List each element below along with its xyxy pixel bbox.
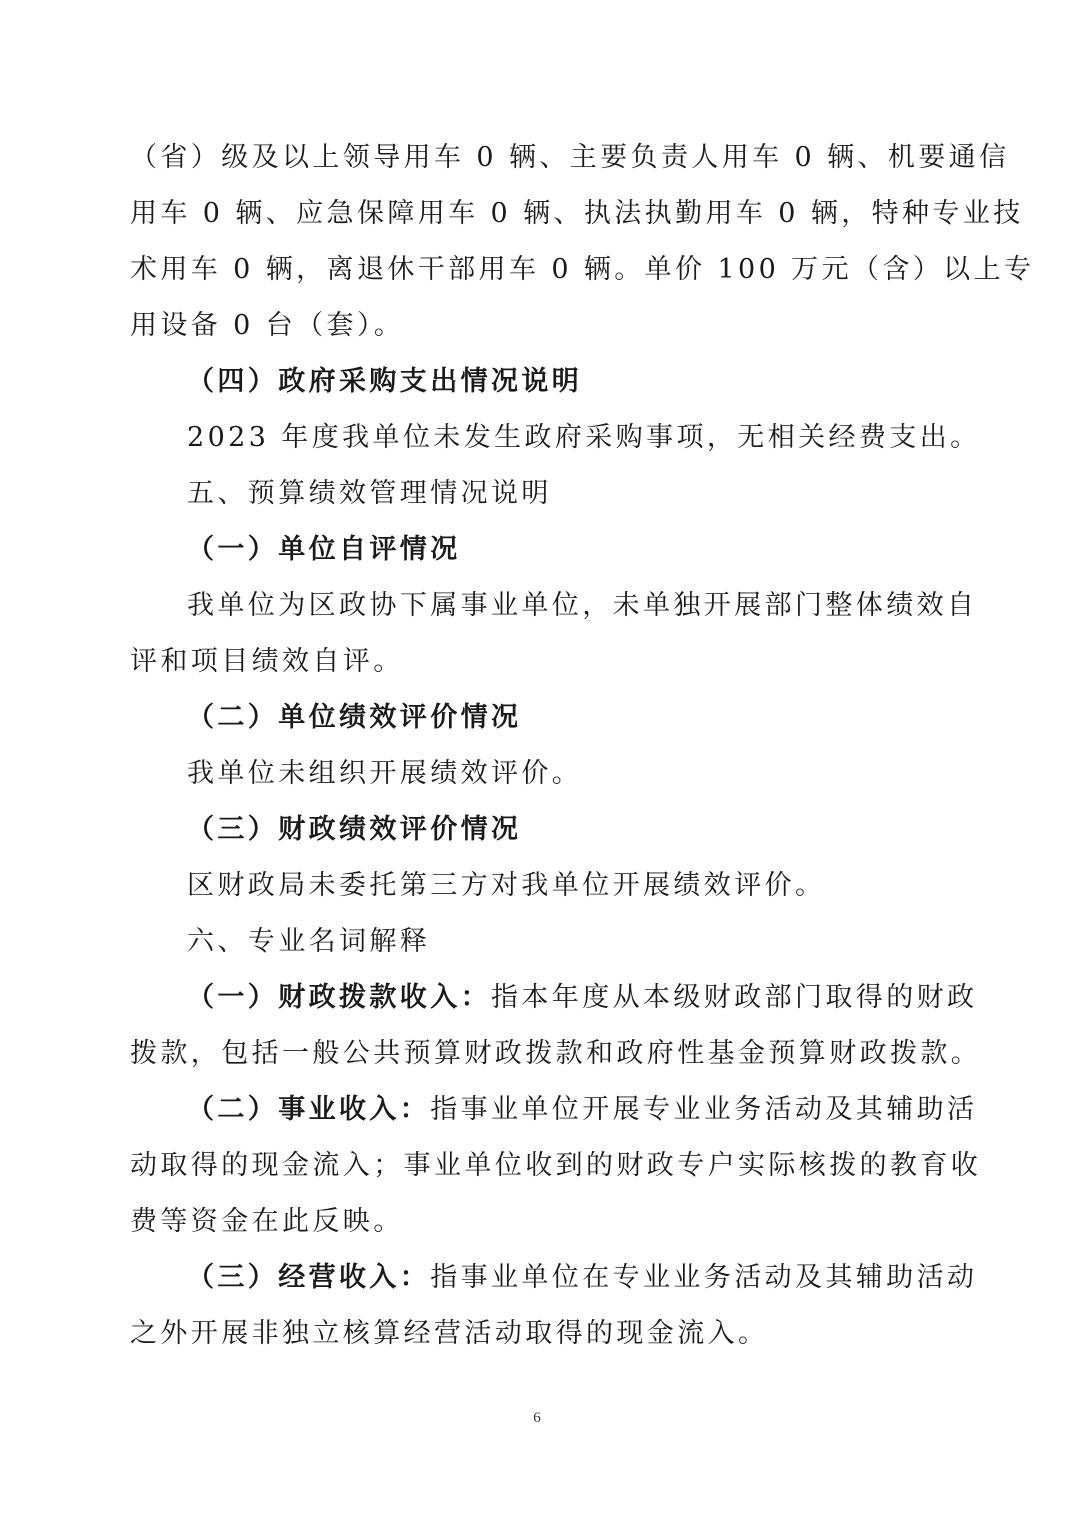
paragraph-line: 我单位未组织开展绩效评价。 xyxy=(187,746,582,802)
glossary-definition: 指本年度从本级财政部门取得的财政 xyxy=(491,982,977,1013)
paragraph-line: 术用车 0 辆，离退休干部用车 0 辆。单价 100 万元（含）以上专 xyxy=(130,242,1034,298)
section-heading-procurement: （四）政府采购支出情况说明 xyxy=(187,354,582,410)
subsection-heading-self-eval: （一）单位自评情况 xyxy=(187,522,461,578)
paragraph-line: 费等资金在此反映。 xyxy=(130,1194,404,1250)
subsection-heading-unit-eval: （二）单位绩效评价情况 xyxy=(187,690,521,746)
glossary-term-line: （三）经营收入：指事业单位在专业业务活动及其辅助活动 xyxy=(187,1250,977,1306)
subsection-heading-fiscal-eval: （三）财政绩效评价情况 xyxy=(187,802,521,858)
section-heading-glossary: 六、专业名词解释 xyxy=(187,914,430,970)
paragraph-line: （省）级及以上领导用车 0 辆、主要负责人用车 0 辆、机要通信 xyxy=(130,130,1010,186)
glossary-term-line: （一）财政拨款收入：指本年度从本级财政部门取得的财政 xyxy=(187,970,977,1026)
paragraph-line: 我单位为区政协下属事业单位，未单独开展部门整体绩效自 xyxy=(187,578,977,634)
glossary-definition: 指事业单位在专业业务活动及其辅助活动 xyxy=(430,1262,977,1293)
paragraph-line: 拨款，包括一般公共预算财政拨款和政府性基金预算财政拨款。 xyxy=(130,1026,981,1082)
paragraph-line: 用设备 0 台（套）。 xyxy=(130,298,404,354)
paragraph-line: 区财政局未委托第三方对我单位开展绩效评价。 xyxy=(187,858,825,914)
glossary-term: （二）事业收入： xyxy=(187,1094,430,1125)
section-heading-performance: 五、预算绩效管理情况说明 xyxy=(187,466,552,522)
paragraph-line: 动取得的现金流入；事业单位收到的财政专户实际核拨的教育收 xyxy=(130,1138,981,1194)
glossary-term: （三）经营收入： xyxy=(187,1262,430,1293)
glossary-term-line: （二）事业收入：指事业单位开展专业业务活动及其辅助活 xyxy=(187,1082,977,1138)
paragraph-line: 之外开展非独立核算经营活动取得的现金流入。 xyxy=(130,1306,768,1362)
glossary-term: （一）财政拨款收入： xyxy=(187,982,491,1013)
glossary-definition: 指事业单位开展专业业务活动及其辅助活 xyxy=(430,1094,977,1125)
paragraph-line: 用车 0 辆、应急保障用车 0 辆、执法执勤用车 0 辆，特种专业技 xyxy=(130,186,1024,242)
page-number: 6 xyxy=(0,1410,1074,1427)
paragraph-line: 2023 年度我单位未发生政府采购事项，无相关经费支出。 xyxy=(187,410,981,466)
paragraph-line: 评和项目绩效自评。 xyxy=(130,634,404,690)
